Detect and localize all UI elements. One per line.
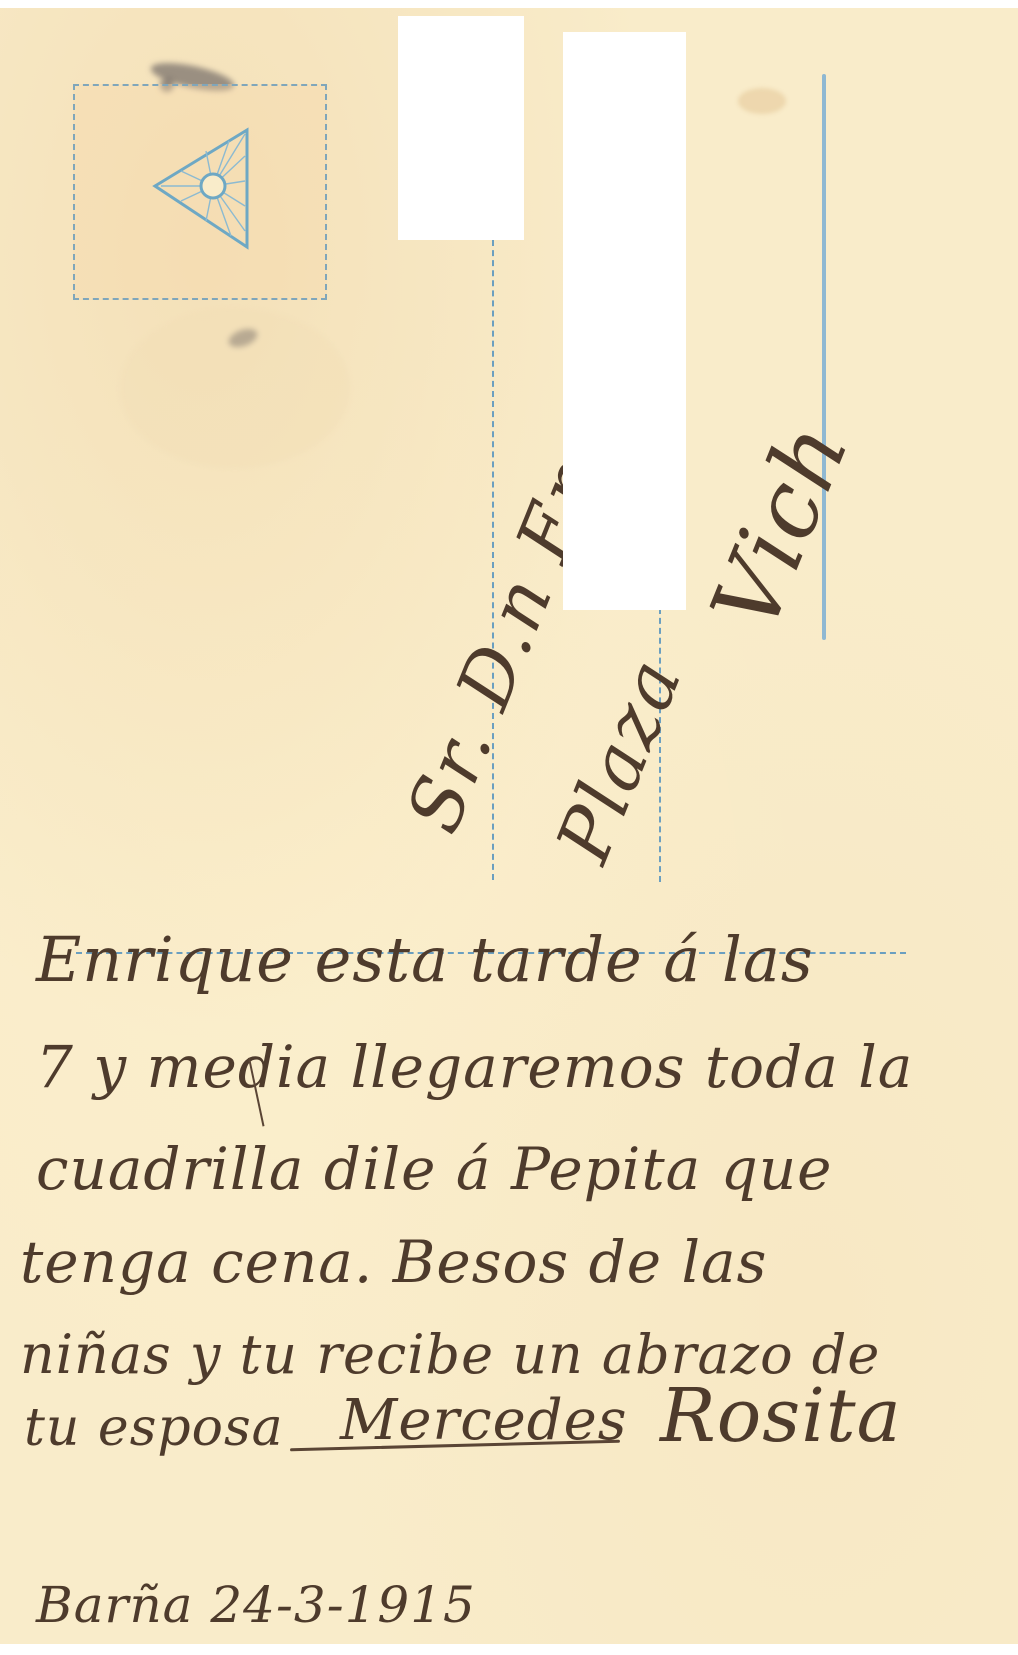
- address-line-2: Plaza: [540, 646, 699, 874]
- paper-stain: [120, 308, 350, 468]
- redacted-block: [398, 16, 524, 240]
- paper-stain: [738, 88, 786, 114]
- message-line-1: Enrique esta tarde á las: [36, 923, 814, 996]
- triangle-sun-emblem-icon: [151, 126, 251, 251]
- address-line-3: Vich: [691, 407, 870, 645]
- stamp-placeholder-box: [73, 84, 327, 300]
- message-line-4: tenga cena. Besos de las: [20, 1228, 767, 1296]
- signature-rosita: Rosita: [660, 1373, 902, 1459]
- message-line-3: cuadrilla dile á Pepita que: [36, 1135, 833, 1203]
- message-line-2: 7 y media llegaremos toda la: [36, 1033, 913, 1101]
- redacted-block: [563, 32, 686, 610]
- postcard-back: Sr. D.n Enrique Plaza Vich Enrique esta …: [0, 8, 1018, 1644]
- message-line-6: tu esposa: [24, 1398, 284, 1458]
- date-line: Barña 24-3-1915: [36, 1576, 476, 1634]
